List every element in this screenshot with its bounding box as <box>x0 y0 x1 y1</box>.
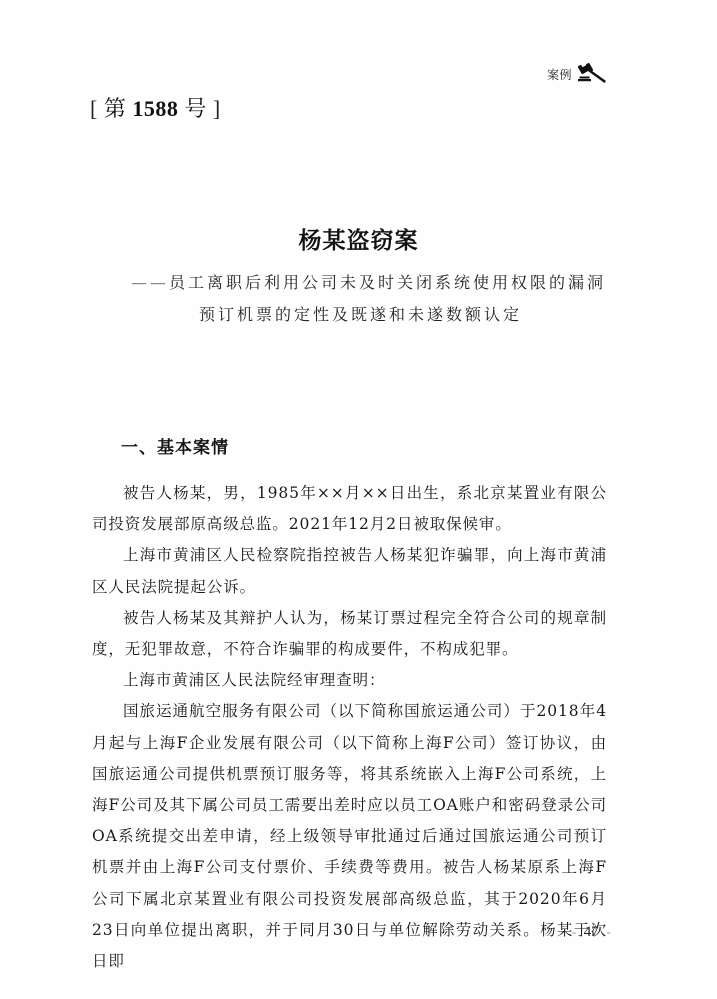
case-subtitle-line-2: 预订机票的定性及既遂和未遂数额认定 <box>2 302 717 325</box>
page-number-value: 47 <box>584 924 599 940</box>
paragraph-prosecution: 上海市黄浦区人民检察院指控被告人杨某犯诈骗罪，向上海市黄浦区人民法院提起公诉。 <box>92 540 607 602</box>
case-number-open-bracket: [ <box>90 96 98 121</box>
case-number: [ 第 1588 号 ] <box>90 92 221 123</box>
case-number-prefix: 第 <box>104 96 127 121</box>
paragraph-court-finding-intro: 上海市黄浦区人民法院经审理查明： <box>92 665 607 696</box>
section-heading: 一、基本案情 <box>121 433 229 458</box>
paragraph-defendant-info: 被告人杨某，男，1985年××月××日出生，系北京某置业有限公司投资发展部原高级… <box>92 478 607 540</box>
paragraph-facts: 国旅运通航空服务有限公司（以下简称国旅运通公司）于2018年4月起与上海F企业发… <box>92 696 607 977</box>
case-subtitle-line-1: ——员工离职后利用公司未及时关闭系统使用权限的漏洞 <box>10 270 717 293</box>
page-number: - 47 - <box>568 924 615 941</box>
gavel-icon <box>578 62 608 86</box>
body-text: 被告人杨某，男，1985年××月××日出生，系北京某置业有限公司投资发展部原高级… <box>92 478 607 977</box>
case-number-suffix: 号 <box>184 96 207 121</box>
page-number-dash-right: - <box>607 925 611 939</box>
case-number-value: 1588 <box>132 96 178 121</box>
document-page: 案例 [ 第 1588 号 ] 杨某盗窃案 ——员工离职后利用公司未及时关闭系统… <box>0 0 717 999</box>
case-number-close-bracket: ] <box>213 96 221 121</box>
running-header-label: 案例 <box>547 66 572 83</box>
case-title: 杨某盗窃案 <box>0 222 717 255</box>
page-number-dash-left: - <box>572 925 576 939</box>
paragraph-defense: 被告人杨某及其辩护人认为，杨某订票过程完全符合公司的规章制度，无犯罪故意，不符合… <box>92 603 607 665</box>
running-header: 案例 <box>547 62 608 86</box>
